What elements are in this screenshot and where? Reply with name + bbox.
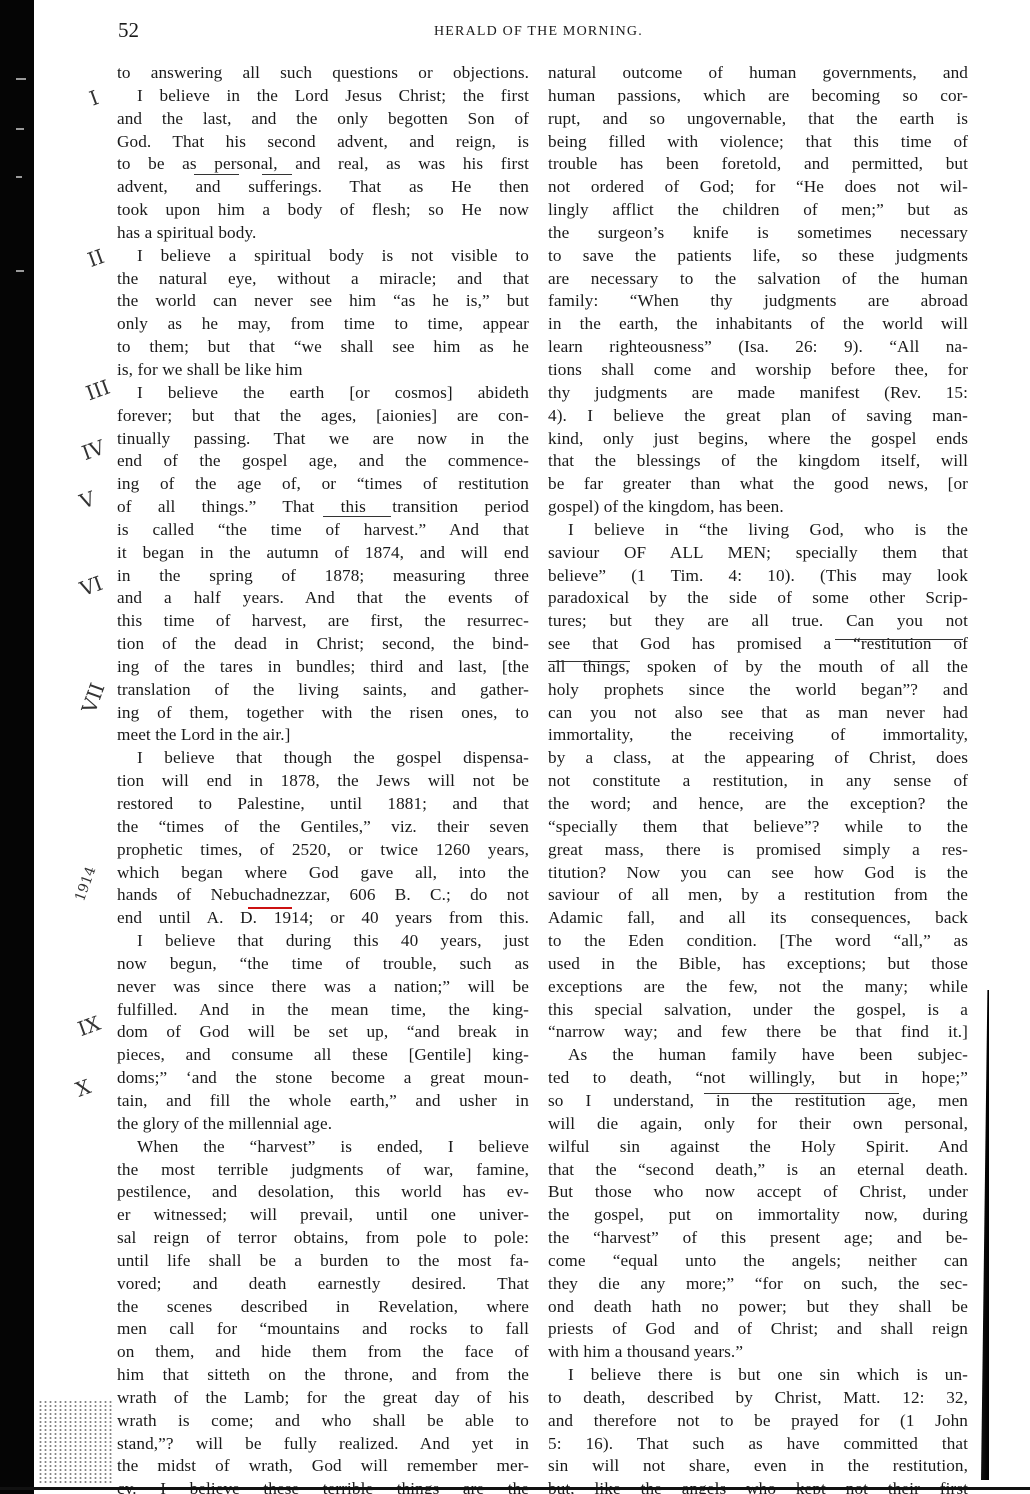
scan-black-edge xyxy=(0,0,34,1494)
text-line: the most terrible judgments of war, fami… xyxy=(117,1159,529,1182)
margin-annotation: I xyxy=(86,85,102,110)
text-line: human passions, which are becoming so co… xyxy=(548,85,968,108)
text-line: men call for “mountains and rocks to fal… xyxy=(117,1318,529,1341)
scan-right-edge xyxy=(981,990,989,1480)
scan-bottom-edge xyxy=(0,1487,1030,1490)
text-line: er witnessed; will prevail, until one un… xyxy=(117,1204,529,1227)
scan-noise xyxy=(38,1400,113,1485)
scan-artifact xyxy=(16,78,26,80)
text-line: But those who now accept of Christ, unde… xyxy=(548,1181,968,1204)
text-line: hands of Nebuchadnezzar, 606 B. C.; do n… xyxy=(117,884,529,907)
text-line: the world can never see him “as he is,” … xyxy=(117,290,529,313)
text-line: great mass, there is promised simply a r… xyxy=(548,839,968,862)
text-line: believe” (1 Tim. 4: 10). (This may look xyxy=(548,565,968,588)
text-line: end of the gospel age, and the commence- xyxy=(117,450,529,473)
text-line: “specially them that believe”? while to … xyxy=(548,816,968,839)
text-line: tinually passing. That we are now in the xyxy=(117,428,529,451)
text-line: trouble has been foretold, and permitted… xyxy=(548,153,968,176)
text-line: stand,”? will be fully realized. And yet… xyxy=(117,1433,529,1456)
text-line: and the last, and the only begotten Son … xyxy=(117,108,529,131)
pen-underline xyxy=(704,1093,899,1094)
text-line: not constitute a restitution, in any sen… xyxy=(548,770,968,793)
pen-underline xyxy=(194,174,239,175)
text-line: thy judgments are made manifest (Rev. 15… xyxy=(548,382,968,405)
text-line: will die again, only for their own perso… xyxy=(548,1113,968,1136)
margin-annotation: VI xyxy=(77,571,106,601)
margin-annotation: IX xyxy=(75,1011,104,1041)
text-line: ond death hath no power; but they shall … xyxy=(548,1296,968,1319)
text-line: to death, described by Christ, Matt. 12:… xyxy=(548,1387,968,1410)
text-line: holy prophets since the world began”? an… xyxy=(548,679,968,702)
text-line: pieces, and consume all these [Gentile] … xyxy=(117,1044,529,1067)
text-line: the gospel, put on immortality now, duri… xyxy=(548,1204,968,1227)
text-line: all things, spoken of by the mouth of al… xyxy=(548,656,968,679)
text-line: is called “the time of harvest.” And tha… xyxy=(117,519,529,542)
text-line: they die any more;” “for on such, the se… xyxy=(548,1273,968,1296)
margin-annotation: X xyxy=(72,1074,94,1101)
text-line: the midst of wrath, God will remember me… xyxy=(117,1455,529,1478)
text-line: tures; but they are all true. Can you no… xyxy=(548,610,968,633)
text-line: sal reign of terror obtains, from pole t… xyxy=(117,1227,529,1250)
text-line: prophetic times, of 2520, or twice 1260 … xyxy=(117,839,529,862)
margin-annotation: 1914 xyxy=(72,865,99,904)
text-line: sin will not share, even in the restitut… xyxy=(548,1455,968,1478)
text-line: the word; and hence, are the exception? … xyxy=(548,793,968,816)
text-line: When the “harvest” is ended, I believe xyxy=(117,1136,529,1159)
running-title: HERALD OF THE MORNING. xyxy=(434,24,643,40)
scan-artifact xyxy=(16,176,22,178)
text-line: see that God has promised a “restitution… xyxy=(548,633,968,656)
text-column-left: to answering all such questions or objec… xyxy=(117,62,529,1494)
text-line: advent, and sufferings. That as He then xyxy=(117,176,529,199)
margin-annotation: II xyxy=(84,244,107,272)
text-line: to the Eden condition. [The word “all,” … xyxy=(548,930,968,953)
text-line: this time of harvest, are first, the res… xyxy=(117,610,529,633)
text-line: saviour of all men, by a restitution fro… xyxy=(548,884,968,907)
text-line: took upon him a body of flesh; so He now xyxy=(117,199,529,222)
text-line: and therefore not to be prayed for (1 Jo… xyxy=(548,1410,968,1433)
text-line: wrath is come; and who shall be able to xyxy=(117,1410,529,1433)
text-line: I believe a spiritual body is not visibl… xyxy=(117,245,529,268)
text-line: until life shall be a burden to the most… xyxy=(117,1250,529,1273)
text-line: tions shall come and worship before thee… xyxy=(548,359,968,382)
pen-underline xyxy=(548,661,630,662)
text-line: in the earth, the inhabitants of the wor… xyxy=(548,313,968,336)
text-line: priests of God and of Christ; and shall … xyxy=(548,1318,968,1341)
text-line: the “times of the Gentiles,” viz. their … xyxy=(117,816,529,839)
text-line: come “equal unto the angels; neither can xyxy=(548,1250,968,1273)
text-line: Adamic fall, and all its consequences, b… xyxy=(548,907,968,930)
text-line: end until A. D. 1914; or 40 years from t… xyxy=(117,907,529,930)
text-line: forever; but that the ages, [aionies] ar… xyxy=(117,405,529,428)
text-line: ted to death, “not willingly, but in hop… xyxy=(548,1067,968,1090)
text-line: with him a thousand years.” xyxy=(548,1341,968,1364)
text-line: family: “When thy judgments are abroad xyxy=(548,290,968,313)
text-line: gospel) of the kingdom, has been. xyxy=(548,496,968,519)
text-line: which began where God gave all, into the xyxy=(117,862,529,885)
text-line: ing of the age of, or “times of restitut… xyxy=(117,473,529,496)
text-line: that the blessings of the kingdom itself… xyxy=(548,450,968,473)
text-line: rupt, and so ungovernable, that the eart… xyxy=(548,108,968,131)
text-line: paradoxical by the side of some other Sc… xyxy=(548,587,968,610)
text-line: can you not also see that as man never h… xyxy=(548,702,968,725)
text-line: to save the patients life, so these judg… xyxy=(548,245,968,268)
text-line: I believe that during this 40 years, jus… xyxy=(117,930,529,953)
margin-annotation: VII xyxy=(77,680,110,717)
text-line: being filled with violence; that this ti… xyxy=(548,131,968,154)
text-line: fulfilled. And in the mean time, the kin… xyxy=(117,999,529,1022)
margin-annotation: V xyxy=(76,486,98,513)
text-line: only as he may, from time to time, appea… xyxy=(117,313,529,336)
text-line: wrath of the Lamb; for the great day of … xyxy=(117,1387,529,1410)
text-line: God. That his second advent, and reign, … xyxy=(117,131,529,154)
margin-annotation: IV xyxy=(79,435,108,465)
pen-underline xyxy=(262,174,292,175)
text-line: wilful sin against the Holy Spirit. And xyxy=(548,1136,968,1159)
margin-annotation: III xyxy=(83,375,113,406)
scan-artifact xyxy=(16,128,24,130)
text-line: now begun, “the time of trouble, such as xyxy=(117,953,529,976)
text-line: be far greater than what the good news, … xyxy=(548,473,968,496)
text-line: used in the Bible, has exceptions; but t… xyxy=(548,953,968,976)
text-line: learn righteousness” (Isa. 26: 9). “All … xyxy=(548,336,968,359)
text-line: not ordered of God; for “He does not wil… xyxy=(548,176,968,199)
text-line: exceptions are the few, not the many; wh… xyxy=(548,976,968,999)
page-number: 52 xyxy=(118,18,139,43)
text-line: titution? Now you can see how God is the xyxy=(548,862,968,885)
text-line: has a spiritual body. xyxy=(117,222,529,245)
text-line: saviour OF ALL MEN; specially them that xyxy=(548,542,968,565)
text-line: the “harvest” of this present age; and b… xyxy=(548,1227,968,1250)
page-header: 52 HERALD OF THE MORNING. xyxy=(0,14,1030,48)
text-line: this special salvation, under the gospel… xyxy=(548,999,968,1022)
pen-underline xyxy=(835,639,963,640)
text-line: never was since there was a nation;” wil… xyxy=(117,976,529,999)
text-line: it began in the autumn of 1874, and will… xyxy=(117,542,529,565)
text-column-right: natural outcome of human governments, an… xyxy=(548,62,968,1494)
text-line: ing of the tares in bundles; third and l… xyxy=(117,656,529,679)
text-line: I believe that though the gospel dispens… xyxy=(117,747,529,770)
text-line: I believe the earth [or cosmos] abideth xyxy=(117,382,529,405)
text-line: doms;” ‘and the stone become a great mou… xyxy=(117,1067,529,1090)
text-line: is, for we shall be like him xyxy=(117,359,529,382)
text-line: ing of them, together with the risen one… xyxy=(117,702,529,725)
text-line: to answering all such questions or objec… xyxy=(117,62,529,85)
pen-underline xyxy=(323,516,391,517)
text-line: 4). I believe the great plan of saving m… xyxy=(548,405,968,428)
text-line: vored; and death earnestly desired. That xyxy=(117,1273,529,1296)
text-line: “narrow way; and few there be that find … xyxy=(548,1021,968,1044)
text-line: tion will end in 1878, the Jews will not… xyxy=(117,770,529,793)
text-line: pestilence, and desolation, this world h… xyxy=(117,1181,529,1204)
text-line: I believe in “the living God, who is the xyxy=(548,519,968,542)
text-line: I believe there is but one sin which is … xyxy=(548,1364,968,1387)
text-line: on them, and hide them from the face of xyxy=(117,1341,529,1364)
text-line: kind, only just begins, where the gospel… xyxy=(548,428,968,451)
text-line: to them; but that “we shall see him as h… xyxy=(117,336,529,359)
text-line: in the spring of 1878; measuring three xyxy=(117,565,529,588)
text-line: meet the Lord in the air.] xyxy=(117,724,529,747)
text-line: translation of the living saints, and ga… xyxy=(117,679,529,702)
text-line: the natural eye, without a miracle; and … xyxy=(117,268,529,291)
text-line: that the “second death,” is an eternal d… xyxy=(548,1159,968,1182)
text-line: immortality, the receiving of immortalit… xyxy=(548,724,968,747)
text-line: to be as personal, and real, as was his … xyxy=(117,153,529,176)
scan-artifact xyxy=(16,270,24,272)
text-line: the surgeon’s knife is sometimes necessa… xyxy=(548,222,968,245)
text-line: the scenes described in Revelation, wher… xyxy=(117,1296,529,1319)
text-line: lingly afflict the children of men;” but… xyxy=(548,199,968,222)
text-line: by a class, at the appearing of Christ, … xyxy=(548,747,968,770)
text-line: and a half years. And that the events of xyxy=(117,587,529,610)
text-line: the glory of the millennial age. xyxy=(117,1113,529,1136)
text-line: natural outcome of human governments, an… xyxy=(548,62,968,85)
text-line: dom of God will be set up, “and break in xyxy=(117,1021,529,1044)
text-line: tion of the dead in Christ; second, the … xyxy=(117,633,529,656)
red-underline-1914 xyxy=(248,907,292,909)
text-line: 5: 16). That such as have committed that xyxy=(548,1433,968,1456)
text-line: tain, and fill the whole earth,” and ush… xyxy=(117,1090,529,1113)
text-line: are necessary to the salvation of the hu… xyxy=(548,268,968,291)
text-line: restored to Palestine, until 1881; and t… xyxy=(117,793,529,816)
text-line: him that sitteth on the throne, and from… xyxy=(117,1364,529,1387)
text-line: I believe in the Lord Jesus Christ; the … xyxy=(117,85,529,108)
text-line: As the human family have been subjec- xyxy=(548,1044,968,1067)
